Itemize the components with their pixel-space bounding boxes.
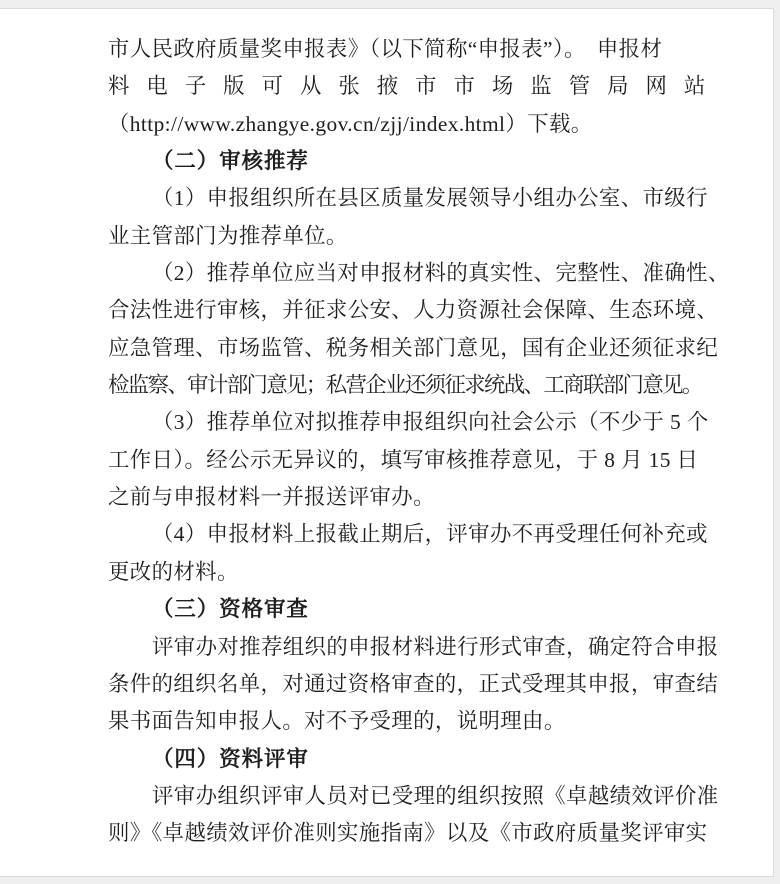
- text-line-14: （4）申报材料上报截止期后，评审办不再受理任何补充或: [108, 516, 708, 553]
- text-line-3: （http://www.zhangye.gov.cn/zjj/index.htm…: [108, 106, 708, 143]
- text-line-4: （二）审核推荐: [108, 143, 708, 180]
- text-line-6: 业主管部门为推荐单位。: [108, 218, 708, 255]
- text-line-19: 果书面告知申报人。对不予受理的，说明理由。: [108, 703, 708, 740]
- text-line-2: 料电子版可从张掖市市场监管局网站: [108, 68, 708, 105]
- text-line-18: 条件的组织名单，对通过资格审查的，正式受理其申报，审查结: [108, 666, 708, 703]
- text-line-8: 合法性进行审核，并征求公安、人力资源社会保障、生态环境、: [108, 292, 708, 329]
- text-line-12: 工作日）。经公示无异议的，填写审核推荐意见，于 8 月 15 日: [108, 442, 708, 479]
- text-line-20: （四）资料评审: [108, 741, 708, 778]
- text-line-21: 评审办组织评审人员对已受理的组织按照《卓越绩效评价准: [108, 778, 708, 815]
- text-line-5: （1）申报组织所在县区质量发展领导小组办公室、市级行: [108, 180, 708, 217]
- text-line-16: （三）资格审查: [108, 591, 708, 628]
- text-line-22: 则》《卓越绩效评价准则实施指南》以及《市政府质量奖评审实: [108, 815, 708, 852]
- text-line-10: 检监察、审计部门意见；私营企业还须征求统战、工商联部门意见。: [108, 367, 708, 404]
- text-line-7: （2）推荐单位应当对申报材料的真实性、完整性、准确性、: [108, 255, 708, 292]
- text-line-1: 市人民政府质量奖申报表》（以下简称“申报表”）。 申报材: [108, 31, 708, 68]
- text-line-11: （3）推荐单位对拟推荐申报组织向社会公示（不少于 5 个: [108, 404, 708, 441]
- text-line-13: 之前与申报材料一并报送评审办。: [108, 479, 708, 516]
- document-text-block: 市人民政府质量奖申报表》（以下简称“申报表”）。 申报材料电子版可从张掖市市场监…: [108, 31, 708, 853]
- scanned-page: 市人民政府质量奖申报表》（以下简称“申报表”）。 申报材料电子版可从张掖市市场监…: [0, 8, 774, 877]
- text-line-17: 评审办对推荐组织的申报材料进行形式审查，确定符合申报: [108, 629, 708, 666]
- text-line-9: 应急管理、市场监管、税务相关部门意见，国有企业还须征求纪: [108, 330, 708, 367]
- text-line-15: 更改的材料。: [108, 554, 708, 591]
